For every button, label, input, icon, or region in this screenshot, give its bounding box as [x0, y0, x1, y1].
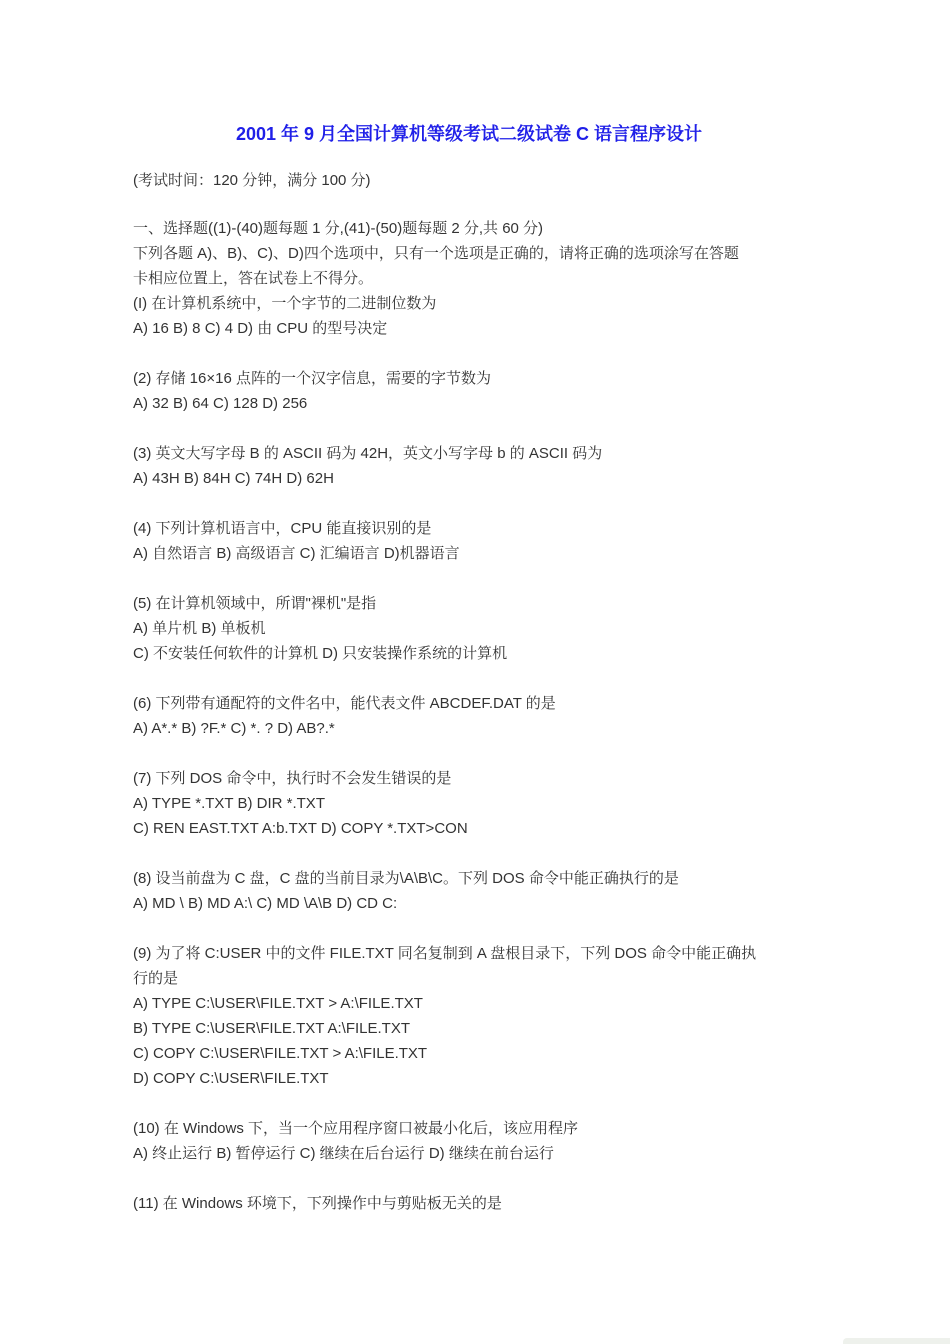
question-options-line: A) TYPE *.TXT B) DIR *.TXT	[133, 791, 823, 816]
section-heading: 一、选择题((1)-(40)题每题 1 分,(41)-(50)题每题 2 分,共…	[133, 216, 823, 241]
exam-info-line: (考试时间：120 分钟，满分 100 分)	[133, 168, 823, 193]
question-options-line: A) 16 B) 8 C) 4 D) 由 CPU 的型号决定	[133, 316, 823, 341]
question-line: (2) 存储 16×16 点阵的一个汉字信息，需要的字节数为	[133, 366, 823, 391]
question-options-line: D) COPY C:\USER\FILE.TXT	[133, 1066, 823, 1091]
question-line: (7) 下列 DOS 命令中，执行时不会发生错误的是	[133, 766, 823, 791]
question-options-line: A) 32 B) 64 C) 128 D) 256	[133, 391, 823, 416]
question-options-line: A) TYPE C:\USER\FILE.TXT > A:\FILE.TXT	[133, 991, 823, 1016]
question-options-line: A) MD \ B) MD A:\ C) MD \A\B D) CD C:	[133, 891, 823, 916]
instruction-line: 下列各题 A)、B)、C)、D)四个选项中，只有一个选项是正确的，请将正确的选项…	[133, 241, 823, 266]
question-line: 行的是	[133, 966, 823, 991]
question-line: (5) 在计算机领域中，所谓"裸机"是指	[133, 591, 823, 616]
question-11: (11) 在 Windows 环境下，下列操作中与剪贴板无关的是	[133, 1191, 823, 1216]
exam-document-page: 2001 年 9 月全国计算机等级考试二级试卷 C 语言程序设计 (考试时间：1…	[0, 0, 950, 1344]
question-options-line: C) COPY C:\USER\FILE.TXT > A:\FILE.TXT	[133, 1041, 823, 1066]
question-line: (3) 英文大写字母 B 的 ASCII 码为 42H，英文小写字母 b 的 A…	[133, 441, 823, 466]
question-options-line: A) 自然语言 B) 高级语言 C) 汇编语言 D)机器语言	[133, 541, 823, 566]
question-2: (2) 存储 16×16 点阵的一个汉字信息，需要的字节数为 A) 32 B) …	[133, 366, 823, 416]
question-3: (3) 英文大写字母 B 的 ASCII 码为 42H，英文小写字母 b 的 A…	[133, 441, 823, 491]
section-intro-and-question-1: 一、选择题((1)-(40)题每题 1 分,(41)-(50)题每题 2 分,共…	[133, 216, 823, 341]
question-6: (6) 下列带有通配符的文件名中，能代表文件 ABCDEF.DAT 的是 A) …	[133, 691, 823, 741]
question-5: (5) 在计算机领域中，所谓"裸机"是指 A) 单片机 B) 单板机 C) 不安…	[133, 591, 823, 666]
question-line: (10) 在 Windows 下，当一个应用程序窗口被最小化后，该应用程序	[133, 1116, 823, 1141]
question-line: (11) 在 Windows 环境下，下列操作中与剪贴板无关的是	[133, 1191, 823, 1216]
document-content: 2001 年 9 月全国计算机等级考试二级试卷 C 语言程序设计 (考试时间：1…	[133, 0, 823, 1216]
page-title: 2001 年 9 月全国计算机等级考试二级试卷 C 语言程序设计	[133, 121, 805, 147]
question-options-line: A) A*.* B) ?F.* C) *. ? D) AB?.*	[133, 716, 823, 741]
question-options-line: A) 单片机 B) 单板机	[133, 616, 823, 641]
question-7: (7) 下列 DOS 命令中，执行时不会发生错误的是 A) TYPE *.TXT…	[133, 766, 823, 841]
question-9: (9) 为了将 C:USER 中的文件 FILE.TXT 同名复制到 A 盘根目…	[133, 941, 823, 1091]
question-line: (4) 下列计算机语言中，CPU 能直接识别的是	[133, 516, 823, 541]
question-10: (10) 在 Windows 下，当一个应用程序窗口被最小化后，该应用程序 A)…	[133, 1116, 823, 1166]
cutoff-corner-badge	[843, 1338, 950, 1344]
question-options-line: A) 43H B) 84H C) 74H D) 62H	[133, 466, 823, 491]
question-options-line: B) TYPE C:\USER\FILE.TXT A:\FILE.TXT	[133, 1016, 823, 1041]
question-options-line: A) 终止运行 B) 暂停运行 C) 继续在后台运行 D) 继续在前台运行	[133, 1141, 823, 1166]
question-options-line: C) 不安装任何软件的计算机 D) 只安装操作系统的计算机	[133, 641, 823, 666]
question-line: (6) 下列带有通配符的文件名中，能代表文件 ABCDEF.DAT 的是	[133, 691, 823, 716]
question-4: (4) 下列计算机语言中，CPU 能直接识别的是 A) 自然语言 B) 高级语言…	[133, 516, 823, 566]
instruction-line: 卡相应位置上，答在试卷上不得分。	[133, 266, 823, 291]
question-line: (9) 为了将 C:USER 中的文件 FILE.TXT 同名复制到 A 盘根目…	[133, 941, 823, 966]
question-options-line: C) REN EAST.TXT A:b.TXT D) COPY *.TXT>CO…	[133, 816, 823, 841]
question-line: (8) 设当前盘为 C 盘，C 盘的当前目录为\A\B\C。下列 DOS 命令中…	[133, 866, 823, 891]
question-line: (I) 在计算机系统中，一个字节的二进制位数为	[133, 291, 823, 316]
question-8: (8) 设当前盘为 C 盘，C 盘的当前目录为\A\B\C。下列 DOS 命令中…	[133, 866, 823, 916]
